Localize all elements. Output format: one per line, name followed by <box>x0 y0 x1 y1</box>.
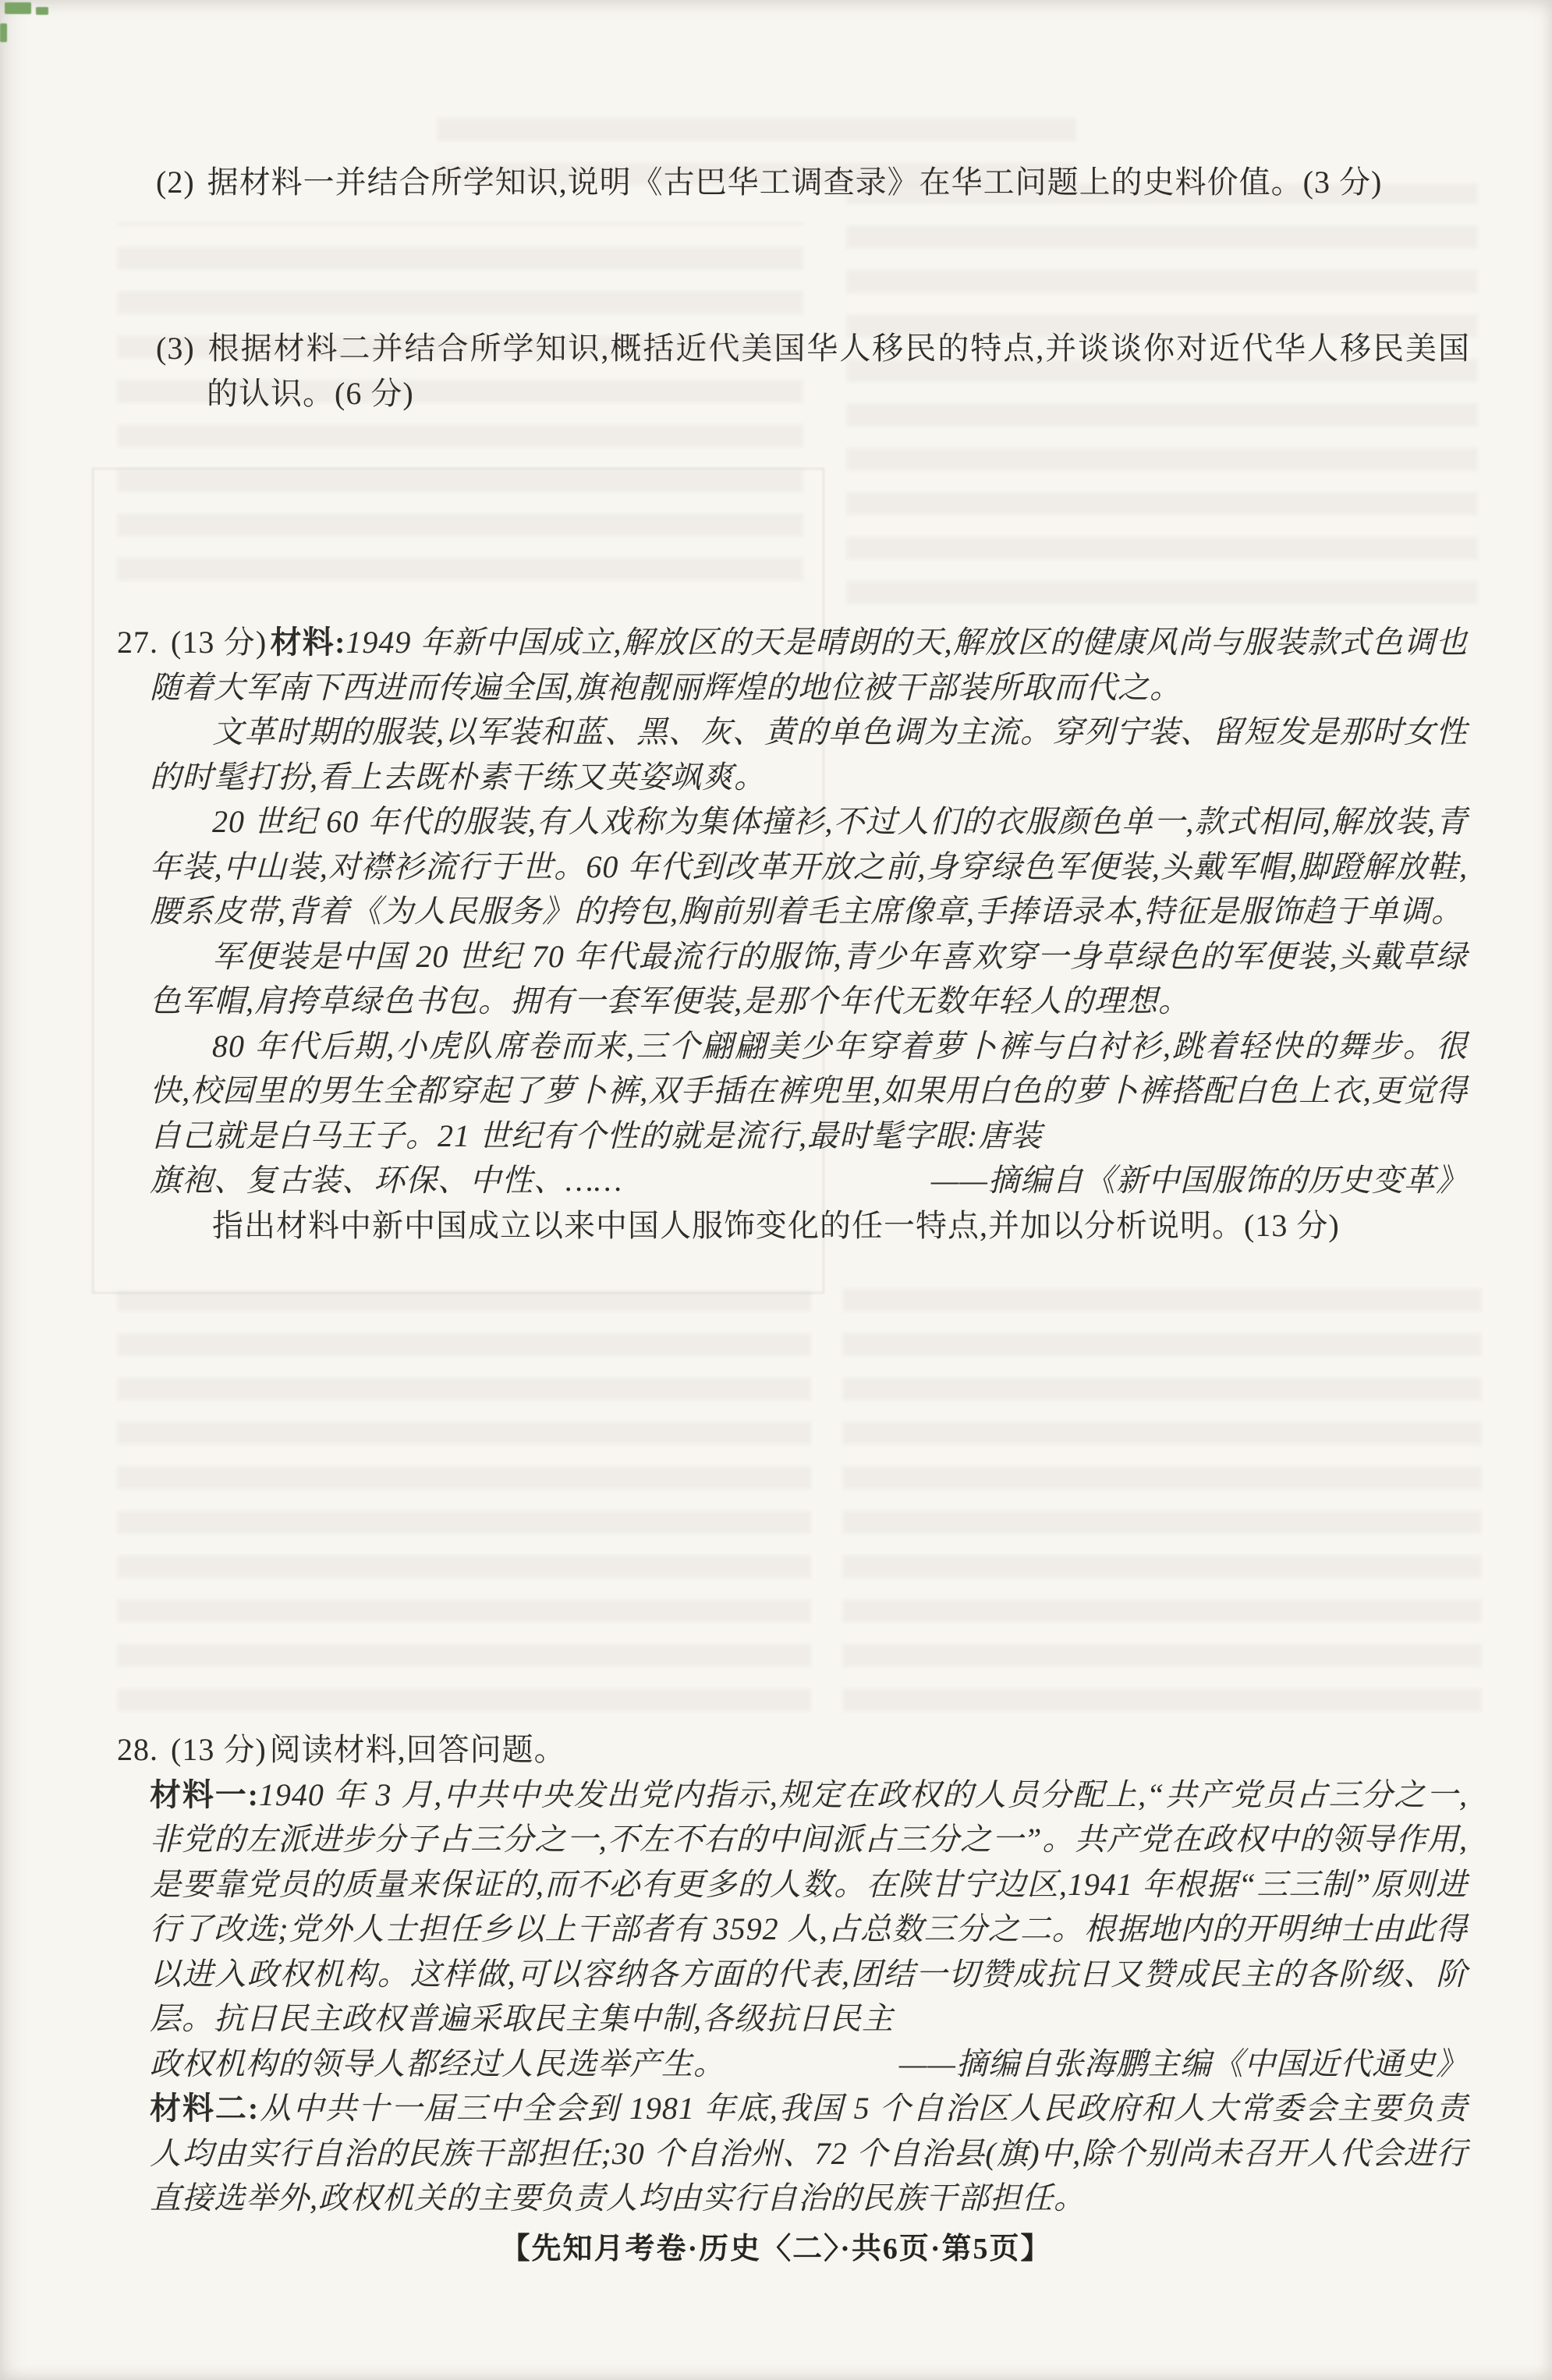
q27-material-paragraph-2: 文革时期的服装,以军装和蓝、黑、灰、黄的单色调为主流。穿列宁装、留短发是那时女性… <box>150 710 1468 799</box>
q27-material-paragraph-1: 1949 年新中国成立,解放区的天是晴朗的天,解放区的健康风尚与服装款式色调也随… <box>150 625 1468 705</box>
q27-material-label: 材料: <box>270 625 345 660</box>
question-27: 27.(13 分)材料:1949 年新中国成立,解放区的天是晴朗的天,解放区的健… <box>150 620 1468 1248</box>
q27-material-final-line: 旗袍、复古装、环保、中性、……——摘编自《新中国服饰的历史变革》 <box>150 1158 1468 1203</box>
q28-material-2-text: 从中共十一届三中全会到 1981 年底,我国 5 个自治区人民政府和人大常委会主… <box>150 2091 1468 2215</box>
q27-number: 27. <box>117 625 158 660</box>
q28-material-2-paragraph: 材料二:从中共十一届三中全会到 1981 年底,我国 5 个自治区人民政府和人大… <box>150 2086 1468 2221</box>
question-2-text: 据材料一并结合所学知识,说明《古巴华工调查录》在华工问题上的史料价值。(3 分) <box>207 165 1383 200</box>
q28-number: 28. <box>117 1732 158 1767</box>
question-3-text: 根据材料二并结合所学知识,概括近代美国华人移民的特点,并谈谈你对近代华人移民美国… <box>207 331 1470 411</box>
q27-material-paragraph-4: 军便装是中国 20 世纪 70 年代最流行的服饰,青少年喜欢穿一身草绿色的军便装… <box>150 934 1468 1024</box>
q28-material-1-text: 1940 年 3 月,中共中央发出党内指示,规定在政权的人员分配上,“共产党员占… <box>150 1777 1468 2037</box>
scan-artifact-green-mark <box>0 23 7 42</box>
q27-material-paragraph-5-end: 旗袍、复古装、环保、中性、…… <box>150 1158 622 1203</box>
q28-material-1-text-end: 政权机构的领导人都经过人民选举产生。 <box>150 2042 725 2087</box>
q27-score: (13 分) <box>171 625 267 660</box>
page-footer: 【先知月考卷·历史〈二〉·共6页·第5页】 <box>0 2224 1552 2267</box>
q28-score: (13 分) <box>171 1732 267 1767</box>
question-28: 28.(13 分)阅读材料,回答问题。 材料一:1940 年 3 月,中共中央发… <box>150 1727 1468 2221</box>
question-3: (3)根据材料二并结合所学知识,概括近代美国华人移民的特点,并谈谈你对近代华人移… <box>207 326 1470 416</box>
q28-material-2-label: 材料二: <box>150 2091 259 2126</box>
q28-material-1-label: 材料一: <box>150 1777 259 1812</box>
bleedthrough-text-artifact <box>842 1279 1482 1712</box>
q28-material-1-paragraph: 材料一:1940 年 3 月,中共中央发出党内指示,规定在政权的人员分配上,“共… <box>150 1773 1468 2042</box>
question-3-line: (3)根据材料二并结合所学知识,概括近代美国华人移民的特点,并谈谈你对近代华人移… <box>207 326 1470 416</box>
q27-material-paragraph-5: 80 年代后期,小虎队席卷而来,三个翩翩美少年穿着萝卜裤与白衬衫,跳着轻快的舞步… <box>150 1024 1468 1159</box>
exam-page: (2)据材料一并结合所学知识,说明《古巴华工调查录》在华工问题上的史料价值。(3… <box>0 0 1552 2380</box>
q28-intro-text: 阅读材料,回答问题。 <box>270 1732 566 1767</box>
question-2: (2)据材料一并结合所学知识,说明《古巴华工调查录》在华工问题上的史料价值。(3… <box>207 160 1470 205</box>
q28-material-1-final-line: 政权机构的领导人都经过人民选举产生。——摘编自张海鹏主编《中国近代通史》 <box>150 2042 1468 2087</box>
bleedthrough-text-artifact <box>117 1291 811 1712</box>
q28-opening-line: 28.(13 分)阅读材料,回答问题。 <box>150 1727 1468 1773</box>
q27-source-attribution: ——摘编自《新中国服饰的历史变革》 <box>931 1158 1468 1203</box>
scan-artifact-green-mark <box>5 2 31 14</box>
q27-task-text: 指出材料中新中国成立以来中国人服饰变化的任一特点,并加以分析说明。(13 分) <box>150 1203 1468 1248</box>
scan-artifact-green-mark <box>36 7 48 15</box>
q27-opening-paragraph: 27.(13 分)材料:1949 年新中国成立,解放区的天是晴朗的天,解放区的健… <box>150 620 1468 710</box>
q27-material-paragraph-3: 20 世纪 60 年代的服装,有人戏称为集体撞衫,不过人们的衣服颜色单一,款式相… <box>150 799 1468 934</box>
q28-material-1-attribution: ——摘编自张海鹏主编《中国近代通史》 <box>899 2042 1468 2087</box>
question-3-number: (3) <box>156 331 195 366</box>
question-2-line: (2)据材料一并结合所学知识,说明《古巴华工调查录》在华工问题上的史料价值。(3… <box>207 160 1470 205</box>
question-2-number: (2) <box>156 165 195 200</box>
